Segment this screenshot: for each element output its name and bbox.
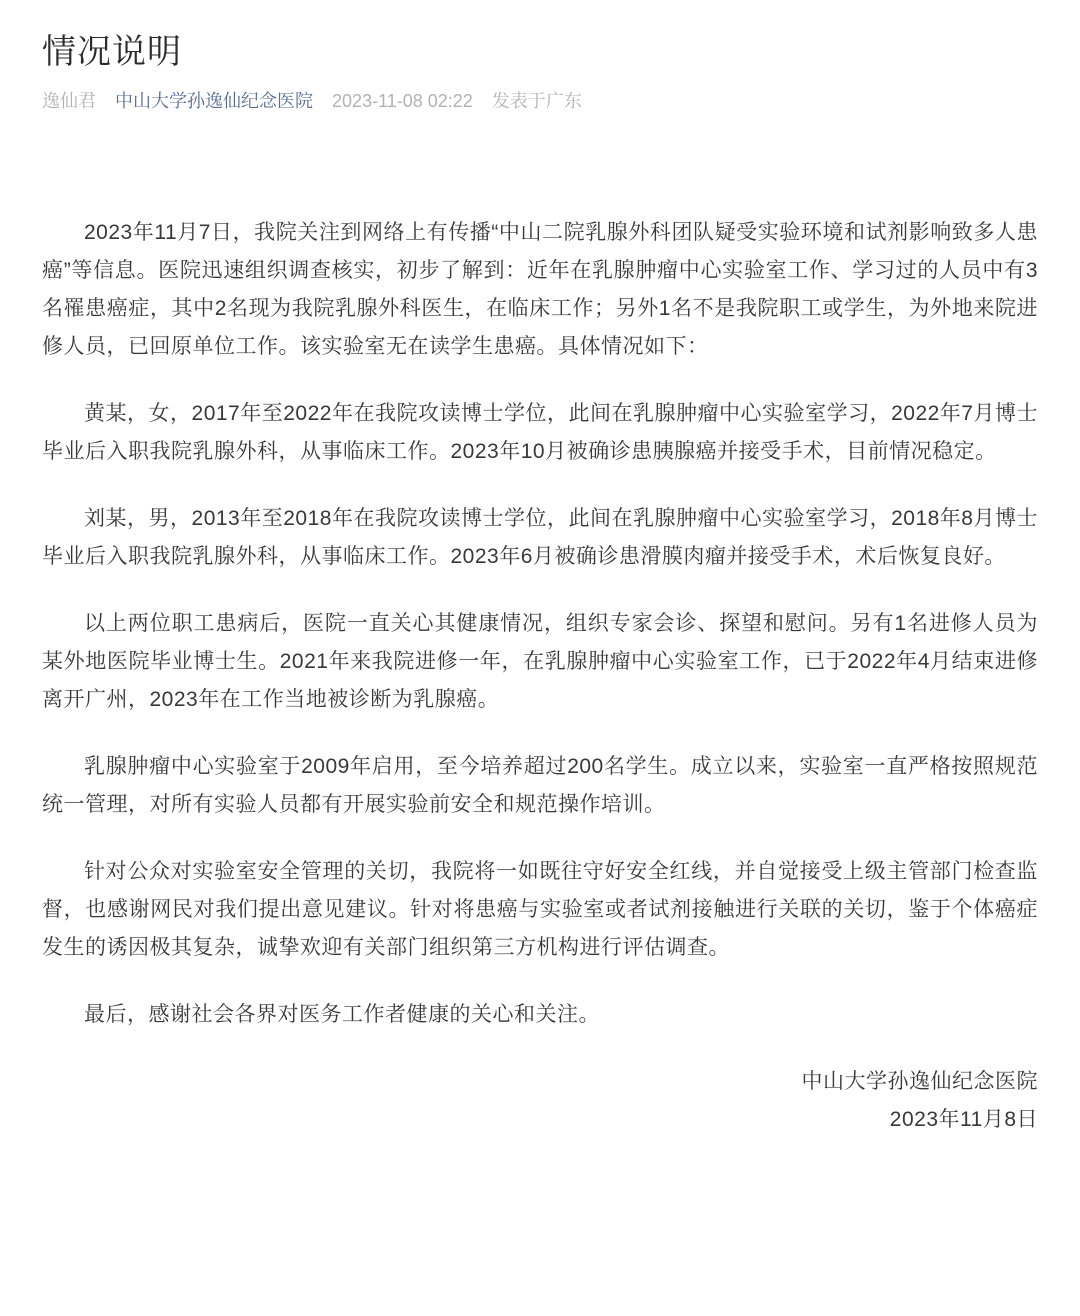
body-paragraph-case-huang: 黄某，女，2017年至2022年在我院攻读博士学位，此间在乳腺肿瘤中心实验室学习… <box>42 395 1038 471</box>
body-paragraph-case-liu: 刘某，男，2013年至2018年在我院攻读博士学位，此间在乳腺肿瘤中心实验室学习… <box>42 500 1038 576</box>
article-body: 2023年11月7日，我院关注到网络上有传播“中山二院乳腺外科团队疑受实验环境和… <box>42 214 1038 1139</box>
signature-date: 2023年11月8日 <box>42 1101 1038 1139</box>
body-paragraph-intro: 2023年11月7日，我院关注到网络上有传播“中山二院乳腺外科团队疑受实验环境和… <box>42 214 1038 366</box>
body-paragraph-safety-response: 针对公众对实验室安全管理的关切，我院将一如既往守好安全红线，并自觉接受上级主管部… <box>42 853 1038 967</box>
body-paragraph-lab-history: 乳腺肿瘤中心实验室于2009年启用，至今培养超过200名学生。成立以来，实验室一… <box>42 748 1038 824</box>
article-title: 情况说明 <box>42 30 1038 74</box>
account-link[interactable]: 中山大学孙逸仙纪念医院 <box>115 91 313 111</box>
signature-hospital-name: 中山大学孙逸仙纪念医院 <box>42 1063 1038 1101</box>
publish-location: 发表于广东 <box>492 91 582 111</box>
publish-datetime: 2023-11-08 02:22 <box>332 91 473 111</box>
body-paragraph-closing: 最后，感谢社会各界对医务工作者健康的关心和关注。 <box>42 996 1038 1034</box>
author-name: 逸仙君 <box>42 91 96 111</box>
article-byline: 逸仙君 中山大学孙逸仙纪念医院 2023-11-08 02:22 发表于广东 <box>42 89 1038 114</box>
article-page: 情况说明 逸仙君 中山大学孙逸仙纪念医院 2023-11-08 02:22 发表… <box>0 0 1080 1316</box>
body-paragraph-trainee: 以上两位职工患病后，医院一直关心其健康情况，组织专家会诊、探望和慰问。另有1名进… <box>42 605 1038 719</box>
